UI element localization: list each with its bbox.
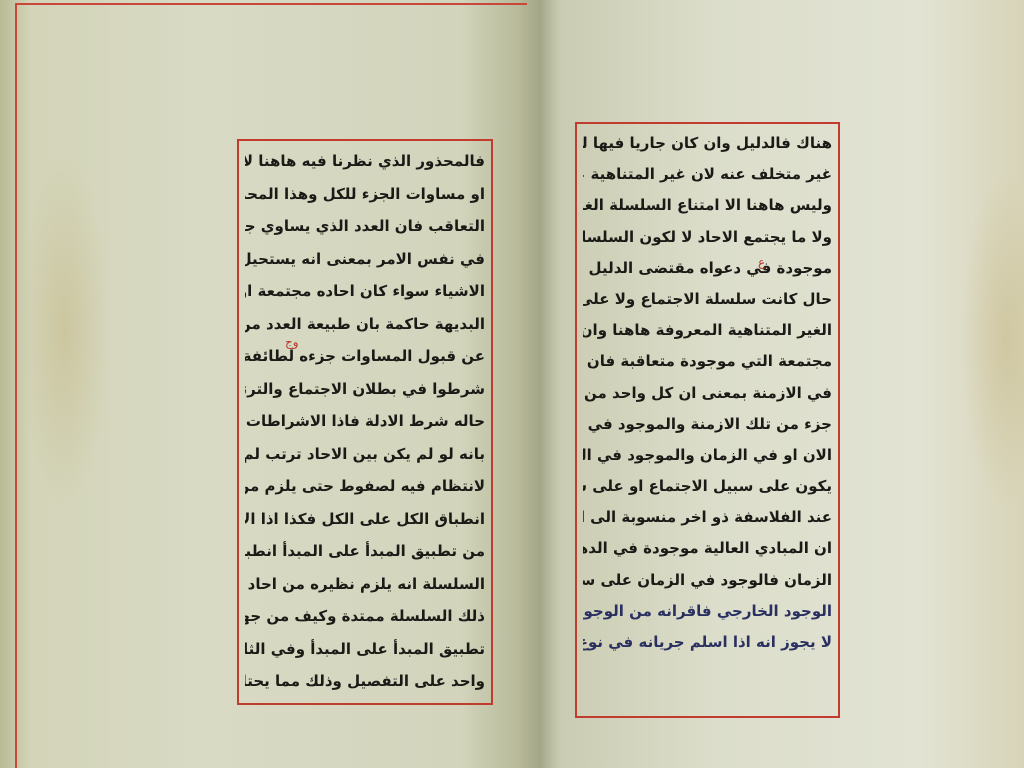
text-line: فالمحذور الذي نظرنا فيه هاهنا لا يلزم عل… xyxy=(245,145,485,178)
margin-mark: وج xyxy=(285,335,299,349)
text-line: حال كانت سلسلة الاجتماع ولا على سبيل الت… xyxy=(583,284,832,315)
water-stain xyxy=(960,170,1024,510)
text-line: تطبيق المبدأ على المبدأ وفي الثانية لا ب… xyxy=(245,633,485,666)
text-line: الزمان فالوجود في الزمان على سبيل التعاق… xyxy=(583,565,832,596)
text-line: يكون على سبيل الاجتماع او على سبيل التعا… xyxy=(583,471,832,502)
text-line: الغير المتناهية المعروفة هاهنا وان لم يك… xyxy=(583,315,832,346)
text-line: السلسلة انه يلزم نظيره من احاد السلسلة ا… xyxy=(245,568,485,601)
text-line: جزء من تلك الازمنة والموجود في جزء من ال… xyxy=(583,409,832,440)
text-line: الاشياء سواء كان احاده مجتمعة او غير مجت… xyxy=(245,275,485,308)
text-line: واحد على التفصيل وذلك مما يحتاج العقل في… xyxy=(245,665,485,698)
outer-ruling-top xyxy=(15,3,527,5)
text-line: الوجود الخارجي فاقرانه من الوجود الخارجي… xyxy=(583,596,832,627)
text-line: ان المبادي العالية موجودة في الدهر والده… xyxy=(583,533,832,564)
text-line: ذلك السلسلة ممتدة وكيف من جهتي فانه يكفي… xyxy=(245,600,485,633)
text-line: البديهة حاكمة بان طبيعة العدد من حيث هو … xyxy=(245,308,485,341)
text-line: التعاقب فان العدد الذي يساوي جزءه كله مس… xyxy=(245,210,485,243)
text-line: ولا ما يجتمع الاحاد لا لكون السلسلة الغي… xyxy=(583,222,832,253)
text-line: بانه لو لم يكن بين الاحاد ترتب لم يكن يت… xyxy=(245,438,485,471)
book-gutter xyxy=(520,0,560,768)
text-line: انطباق الكل على الكل فكذا اذا الاحاد متر… xyxy=(245,503,485,536)
text-line: وليس هاهنا الا امتناع السلسلة الغير متنا… xyxy=(583,190,832,221)
text-line: مجتمعة التي موجودة متعاقبة فان جميع الحو… xyxy=(583,346,832,377)
text-line: شرطوا في بطلان الاجتماع والترتب في سبق ا… xyxy=(245,373,485,406)
text-line: الان او في الزمان والموجود في الزمان الز… xyxy=(583,440,832,471)
text-line: في نفس الامر بمعنى انه يستحيل وضعه في نف… xyxy=(245,243,485,276)
left-page-text-block: فالمحذور الذي نظرنا فيه هاهنا لا يلزم عل… xyxy=(237,139,493,705)
text-line: حاله شرط الادلة فاذا الاشراطات فقد وجود … xyxy=(245,405,485,438)
text-line: او مساوات الجزء للكل وهذا المحذور ان كان… xyxy=(245,178,485,211)
text-line: لانتظام فيه لصفوط حتى يلزم من تطبيق بعضه… xyxy=(245,470,485,503)
manuscript-spread: فالمحذور الذي نظرنا فيه هاهنا لا يلزم عل… xyxy=(0,0,1024,768)
text-line: في الازمنة بمعنى ان كل واحد من احادها مو… xyxy=(583,378,832,409)
water-stain xyxy=(20,150,110,510)
text-line: لا يجوز انه اذا اسلم جريانه في نوع من ال… xyxy=(583,627,832,658)
right-page-text-block: هناك فالدليل وان كان جاريا فيها لكن الدع… xyxy=(575,122,840,718)
margin-mark: ع xyxy=(758,255,765,269)
outer-ruling-left xyxy=(15,3,21,768)
text-line: غير متخلف عنه لان غير المتناهية غير موجو… xyxy=(583,159,832,190)
text-line: من تطبيق المبدأ على المبدأ انطباق كل واح… xyxy=(245,535,485,568)
text-line: عند الفلاسفة ذو اخر منسوبة الى الدهر فان… xyxy=(583,502,832,533)
text-line: موجودة في دعواه مقتضى الدليل عدم وجودها xyxy=(583,253,832,284)
text-line: عن قبول المساوات جزءه لطائفة وقد ان الحا… xyxy=(245,340,485,373)
text-line: هناك فالدليل وان كان جاريا فيها لكن الدع… xyxy=(583,128,832,159)
